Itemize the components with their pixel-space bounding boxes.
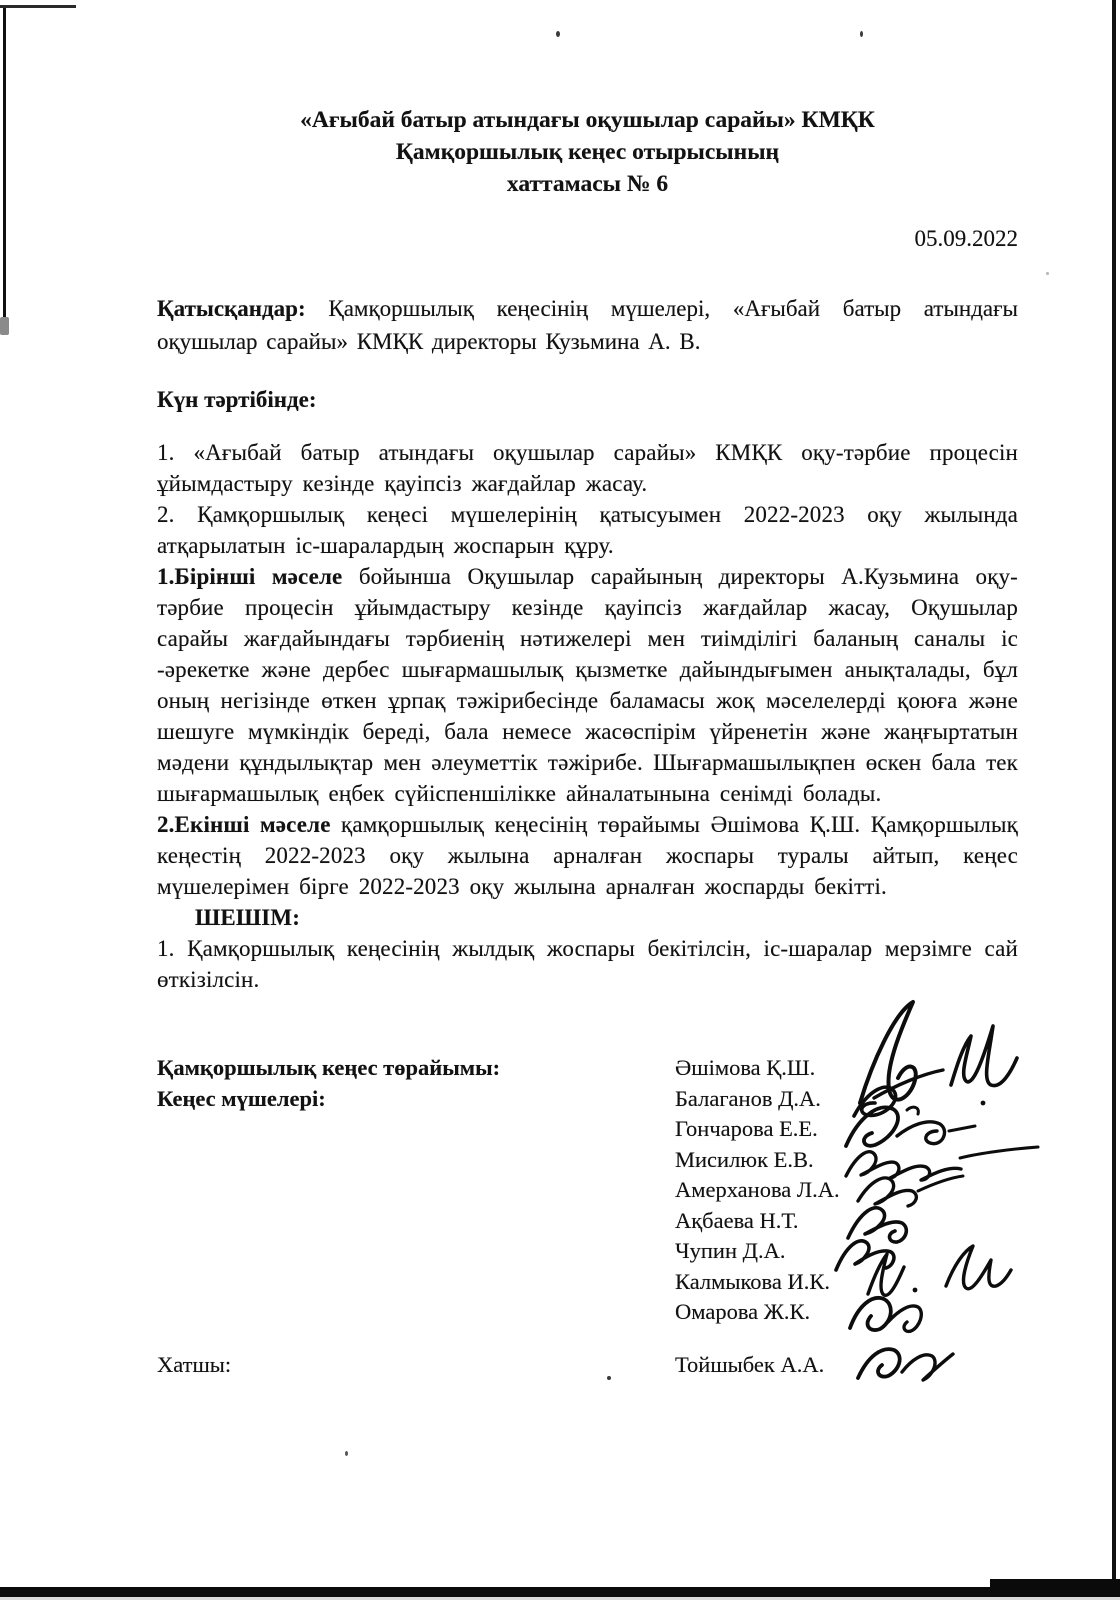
signature-row-member: Чупин Д.А. bbox=[157, 1236, 1018, 1267]
scan-edge-top bbox=[0, 5, 76, 8]
title-line-3: хаттамасы № 6 bbox=[157, 168, 1018, 200]
signature-row-member: Кеңес мүшелері: Балаганов Д.А. bbox=[157, 1084, 1018, 1115]
secretary-label: Хатшы: bbox=[157, 1350, 231, 1381]
chair-label: Қамқоршылық кеңес төрайымы: bbox=[157, 1053, 500, 1084]
issue-1-paragraph: 1.Бірінші мәселе бойынша Оқушылар сарайы… bbox=[157, 561, 1018, 809]
scan-edge-bottom-right bbox=[990, 1579, 1120, 1597]
signer-name: Мисилюк Е.В. bbox=[675, 1145, 814, 1176]
scanned-protocol-page: «Ағыбай батыр атындағы оқушылар сарайы» … bbox=[0, 0, 1120, 1600]
issue-2-paragraph: 2.Екінші мәселе қамқоршылық кеңесінің тө… bbox=[157, 809, 1018, 902]
agenda-item-2: 2. Қамқоршылық кеңесі мүшелерінің қатысу… bbox=[157, 499, 1018, 561]
signature-row-member: Калмыкова И.К. bbox=[157, 1267, 1018, 1298]
title-line-2: Қамқоршылық кеңес отырысының bbox=[157, 136, 1018, 168]
signer-name: Чупин Д.А. bbox=[675, 1236, 785, 1267]
participants-paragraph: Қатысқандар: Қамқоршылық кеңесінің мүшел… bbox=[157, 292, 1018, 358]
signature-row-chair: Қамқоршылық кеңес төрайымы: Әшімова Қ.Ш. bbox=[157, 1053, 1018, 1084]
signer-name: Балаганов Д.А. bbox=[675, 1084, 821, 1115]
scan-edge-right bbox=[1112, 0, 1116, 1600]
title-line-1: «Ағыбай батыр атындағы оқушылар сарайы» … bbox=[157, 104, 1018, 136]
issue-1-text: бойынша Оқушылар сарайының директоры А.К… bbox=[157, 564, 1018, 806]
scan-edge-left-blob bbox=[0, 317, 9, 335]
signer-name: Калмыкова И.К. bbox=[675, 1267, 830, 1298]
scan-speck bbox=[345, 1451, 348, 1456]
signer-name: Гончарова Е.Е. bbox=[675, 1114, 818, 1145]
document-body: 1. «Ағыбай батыр атындағы оқушылар сарай… bbox=[157, 437, 1018, 995]
agenda-item-1: 1. «Ағыбай батыр атындағы оқушылар сарай… bbox=[157, 437, 1018, 499]
issue-1-label: 1.Бірінші мәселе bbox=[157, 564, 342, 589]
signer-name: Ақбаева Н.Т. bbox=[675, 1206, 799, 1237]
signer-name: Тойшыбек А.А. bbox=[675, 1350, 824, 1381]
document-date: 05.09.2022 bbox=[157, 222, 1018, 255]
decision-text: 1. Қамқоршылық кеңесінің жылдық жоспары … bbox=[157, 933, 1018, 995]
scan-edge-bottom bbox=[0, 1587, 1120, 1597]
signature-row-member: Гончарова Е.Е. bbox=[157, 1114, 1018, 1145]
signer-name: Омарова Ж.К. bbox=[675, 1297, 810, 1328]
signature-row-member: Мисилюк Е.В. bbox=[157, 1145, 1018, 1176]
signature-row-member: Амерханова Л.А. bbox=[157, 1175, 1018, 1206]
signer-name: Әшімова Қ.Ш. bbox=[675, 1053, 815, 1084]
signature-row-member: Ақбаева Н.Т. bbox=[157, 1206, 1018, 1237]
scan-edge-left bbox=[3, 6, 6, 334]
signer-name: Амерханова Л.А. bbox=[675, 1175, 840, 1206]
members-label: Кеңес мүшелері: bbox=[157, 1084, 326, 1115]
signature-block: Қамқоршылық кеңес төрайымы: Әшімова Қ.Ш.… bbox=[157, 1053, 1018, 1380]
document-title: «Ағыбай батыр атындағы оқушылар сарайы» … bbox=[157, 104, 1018, 200]
agenda-heading: Күн тәртібінде: bbox=[157, 384, 1018, 415]
decision-heading: ШЕШІМ: bbox=[195, 902, 1018, 933]
signature-row-secretary: Хатшы: Тойшыбек А.А. bbox=[157, 1350, 1018, 1381]
scan-speck bbox=[1046, 272, 1049, 275]
signature-row-member: Омарова Ж.К. bbox=[157, 1297, 1018, 1328]
participants-label: Қатысқандар: bbox=[157, 296, 306, 321]
issue-2-label: 2.Екінші мәселе bbox=[157, 812, 331, 837]
